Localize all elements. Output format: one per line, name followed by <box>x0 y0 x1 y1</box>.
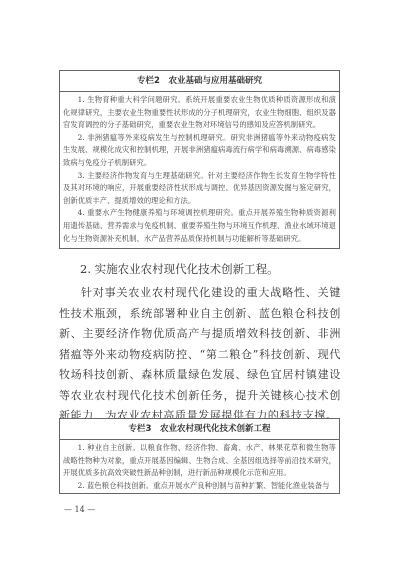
box-item: 2. 非洲猪瘟等外来疫病发生与控制机理研究。研究非洲猪瘟等外来动物疫病发生发展、… <box>63 132 336 170</box>
box-item: 2. 蓝色粮仓科技创新。重点开展水产良种创制与苗种扩繁、智能化渔业装备与 <box>63 480 336 493</box>
box-body: 1. 生物育种重大科学问题研究。系统开展重要农业生物优质种质资源形成和演化规律研… <box>60 92 339 247</box>
box-item: 3. 主要经济作物发育与生理基础研究。针对主要经济作物生长发育生物学特性及其对环… <box>63 170 336 208</box>
box-title: 专栏2 农业基础与应用基础研究 <box>60 71 339 92</box>
sidebar-box-2: 专栏2 农业基础与应用基础研究 1. 生物育种重大科学问题研究。系统开展重要农业… <box>59 70 340 249</box>
box-item: 1. 生物育种重大科学问题研究。系统开展重要农业生物优质种质资源形成和演化规律研… <box>63 94 336 132</box>
box-item: 4. 重要水产生物健康养殖与环境调控机理研究。重点开展养殖生物种质资源利用遗传基… <box>63 207 336 245</box>
box-body: 1. 种业自主创新。以粮食作物、经济作物、畜禽、水产、林果花草和微生物等战略性物… <box>60 440 339 494</box>
section-heading: 2. 实施农业农村现代化技术创新工程。 <box>80 261 279 277</box>
page-number: — 14 — <box>64 505 95 514</box>
box-item: 1. 种业自主创新。以粮食作物、经济作物、畜禽、水产、林果花草和微生物等战略性物… <box>63 442 336 480</box>
sidebar-box-3: 专栏3 农业农村现代化技术创新工程 1. 种业自主创新。以粮食作物、经济作物、畜… <box>59 418 340 494</box>
section-paragraph: 针对事关农业农村现代化建设的重大战略性、关键性技术瓶颈，系统部署种业自主创新、蓝… <box>59 283 341 427</box>
box-title: 专栏3 农业农村现代化技术创新工程 <box>60 419 339 440</box>
